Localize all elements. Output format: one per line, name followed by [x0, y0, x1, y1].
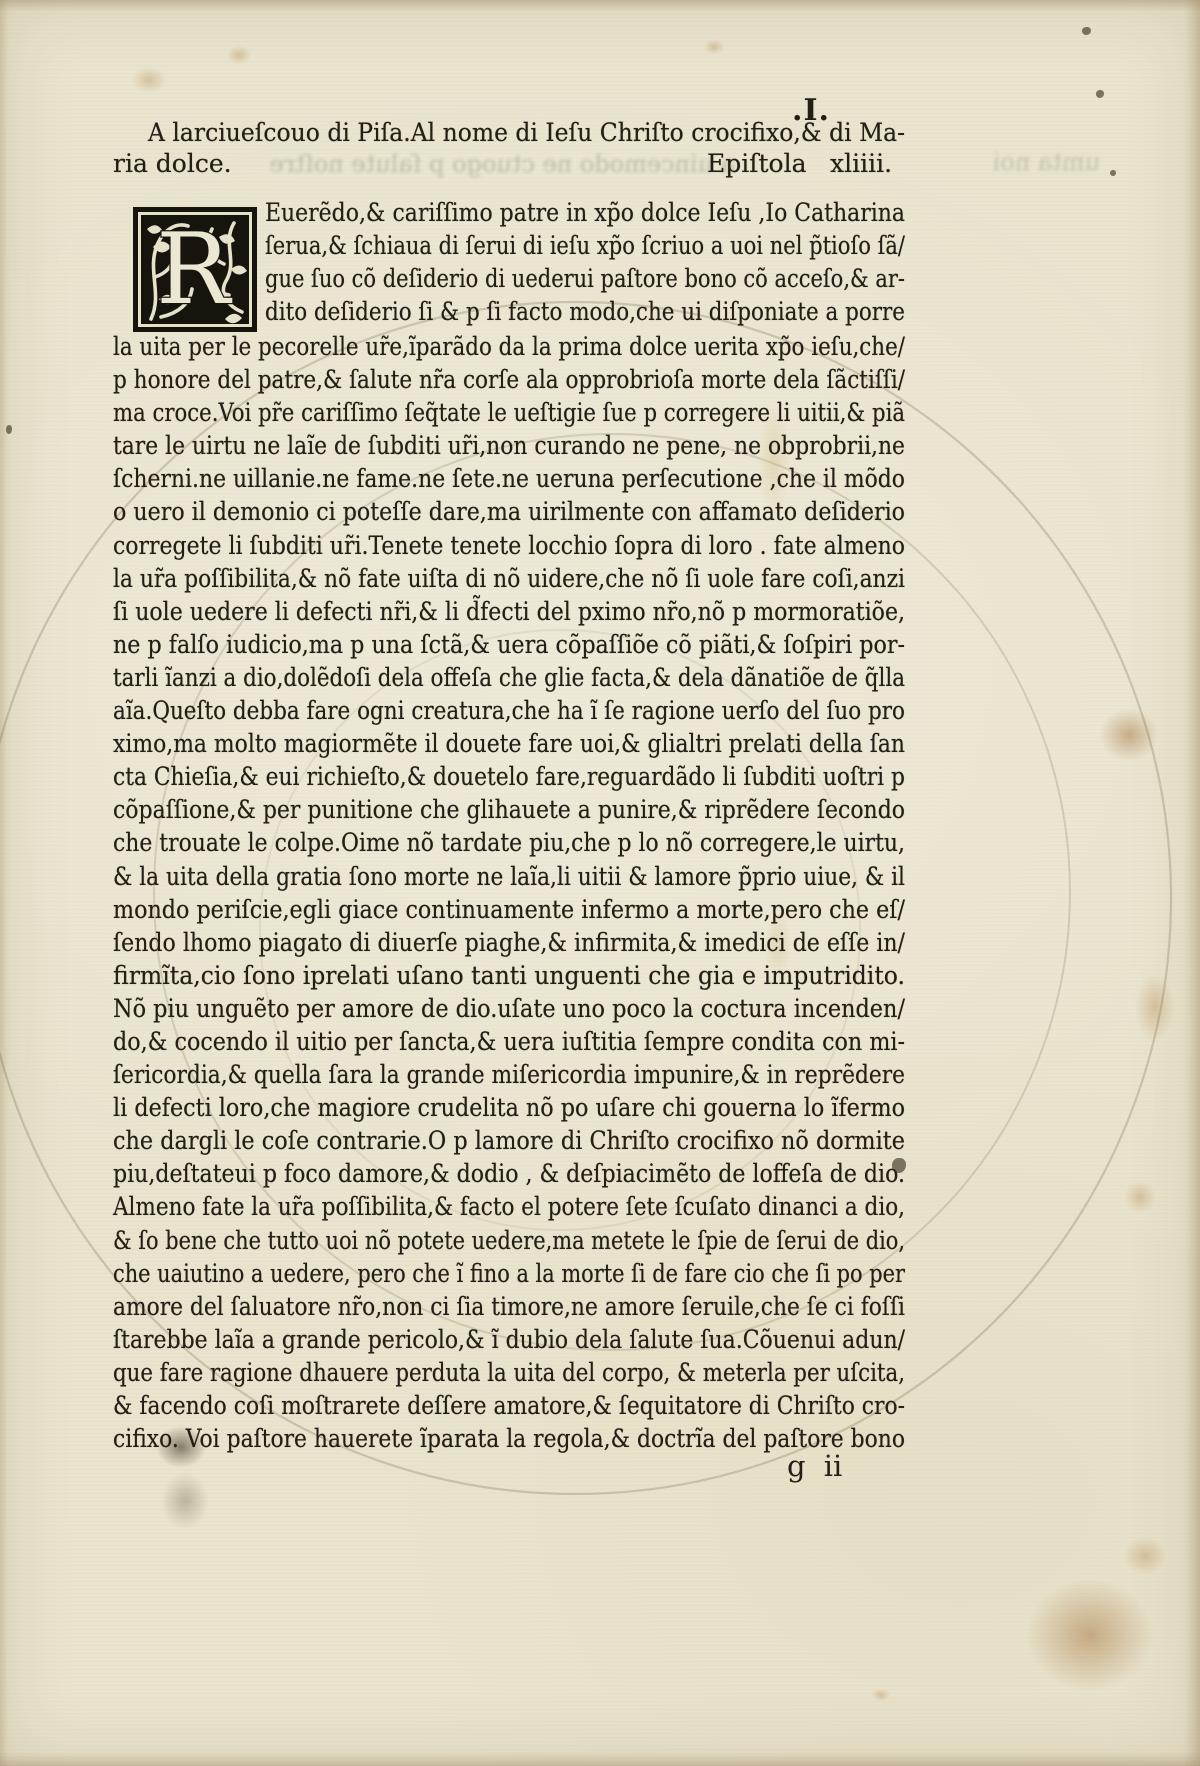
svg-text:R: R — [156, 213, 233, 327]
text-line: la ur̃a poſſibilita,& nõ fate uiſta di n… — [113, 562, 905, 595]
foxing-spot — [125, 62, 173, 98]
text-line: dito deſiderio ſi & p ſi facto modo,che … — [265, 295, 905, 328]
book-page-scan: a uincemodo ne ctuogo p ſalute noſtre um… — [0, 0, 1200, 1766]
text-line: li defecti loro,che magiore crudelita nõ… — [113, 1091, 905, 1124]
text-line: ſendo lhomo piagato di diuerſe piaghe,& … — [113, 926, 905, 959]
text-line: ſericordia,& quella ſara la grande miſer… — [113, 1058, 905, 1091]
foxing-spot — [1118, 1175, 1162, 1219]
text-line: do,& cocendo il uitio per ſancta,& uera … — [113, 1025, 905, 1058]
bleedthrough-text: umta noi — [900, 148, 1100, 176]
woodcut-initial-R-graphic: R — [133, 207, 257, 332]
text-line: cta Chieſia,& eui richieſto,& douetelo f… — [113, 760, 905, 793]
text-line: ma croce.Voi pr̃e cariſſimo ſeq̃tate le … — [113, 396, 905, 429]
text-line: che uaiutino a uedere, pero che ĩ fino a… — [113, 1257, 905, 1290]
page-edge-shadow — [0, 1752, 1200, 1766]
page-edge-shadow — [1184, 0, 1200, 1766]
text-line: aĩa.Queſto debba fare ogni creatura,che … — [113, 694, 905, 727]
text-line: Euerẽdo,& cariſſimo patre in xp̃o dolce … — [265, 196, 905, 229]
foxing-spot — [1128, 960, 1182, 1055]
text-line: tarli ĩanzi a dio,dolẽdoſi dela offeſa c… — [113, 661, 905, 694]
epistle-heading-line1: A larciueſcouo di Piſa.Al nome di Ieſu C… — [148, 116, 905, 149]
epistle-text-indented: Euerẽdo,& cariſſimo patre in xp̃o dolce … — [265, 196, 1027, 328]
ink-speck — [1082, 27, 1091, 35]
ink-smudge — [152, 1462, 218, 1540]
text-line: firmĩta,cio ſono iprelati uſano tanti un… — [113, 959, 905, 992]
text-line: ximo,ma molto magiormẽte il douete fare … — [113, 727, 905, 760]
text-line: tare le uirtu ne laĩe de ſubditi ur̃i,no… — [113, 429, 905, 462]
text-line: che trouate le colpe.Oime nõ tardate piu… — [113, 826, 905, 859]
page-edge-shadow — [0, 0, 1200, 12]
text-line: o uero il demonio ci poteſſe dare,ma uir… — [113, 495, 905, 528]
foxing-spot — [1005, 1560, 1175, 1710]
text-line: ſtarebbe laĩa a grande pericolo,& ĩ dubi… — [113, 1323, 905, 1356]
text-line: & ſo bene che tutto uoi nõ potete uedere… — [113, 1224, 905, 1257]
ink-speck — [1110, 170, 1116, 176]
woodcut-initial-R: R — [133, 207, 257, 332]
text-line: Almeno fate la ur̃a poſſibilita,& facto … — [113, 1190, 905, 1223]
foxing-spot — [1115, 1530, 1175, 1582]
text-line: gue ſuo cõ deſiderio di uederui paſtore … — [265, 262, 905, 295]
text-line: p honore del patre,& ſalute nr̃a corſe a… — [113, 363, 905, 396]
foxing-spot — [868, 1686, 894, 1704]
text-line: che dargli le coſe contrarie.O p lamore … — [113, 1124, 905, 1157]
text-line: mondo periſcie,egli giace continuamente … — [113, 893, 905, 926]
epistola-number: xliiii. — [830, 149, 892, 178]
heading-continuation: ria dolce. — [113, 149, 232, 178]
text-line: & la uita della gratia ſono morte ne laĩ… — [113, 860, 905, 893]
page-edge-shadow — [0, 0, 8, 1766]
ink-speck — [1096, 90, 1104, 98]
text-line: ſerua,& ſchiaua di ſerui di ieſu xp̃o ſc… — [265, 229, 905, 262]
epistle-heading-line2: ria dolce. Epiſtola xliiii. — [113, 149, 905, 183]
text-line: ſi uole uedere li defecti nr̃i,& li d̃fe… — [113, 595, 905, 628]
text-line: amore del ſaluatore nr̃o,non ci ſia timo… — [113, 1290, 905, 1323]
epistola-label: Epiſtola — [707, 149, 807, 178]
text-line: la uita per le pecorelle ur̃e,ĩparãdo da… — [113, 330, 905, 363]
text-line: que fare ragione dhauere perduta la uita… — [113, 1356, 905, 1389]
text-line: cõpaſſione,& per punitione che glihauete… — [113, 793, 905, 826]
foxing-spot — [222, 42, 256, 68]
foxing-spot — [700, 36, 728, 58]
signature-mark: g ii — [787, 1449, 842, 1483]
text-line: corregete li ſubditi ur̃i.Tenete tenete … — [113, 529, 905, 562]
epistle-text-block: la uita per le pecorelle ur̃e,ĩparãdo da… — [113, 330, 1060, 1455]
text-line: piu,deſtateui p foco damore,& dodio , & … — [113, 1157, 905, 1190]
foxing-spot — [1090, 700, 1168, 770]
text-line: ſcherni.ne uillanie.ne fame.ne ſete.ne u… — [113, 462, 905, 495]
text-line: ne p falſo iudicio,ma p una ſctã,& uera … — [113, 628, 905, 661]
text-line: Nõ piu unguẽto per amore de dio.uſate un… — [113, 992, 905, 1025]
text-line: & facendo coſi moſtrarete deſſere amator… — [113, 1389, 905, 1422]
